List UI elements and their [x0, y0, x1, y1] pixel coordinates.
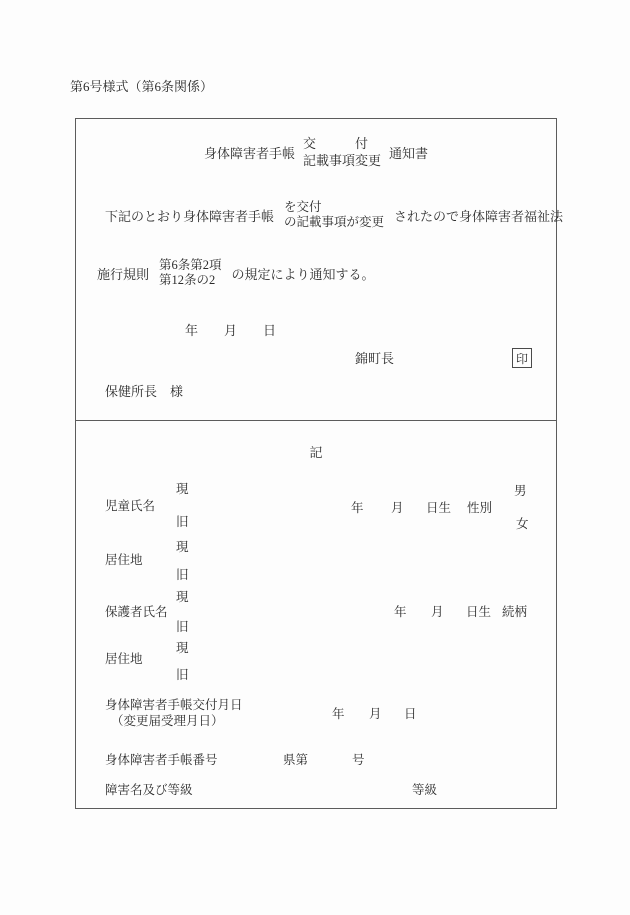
disability-label: 障害名及び等級: [105, 783, 193, 797]
current-marker: 現: [176, 482, 189, 496]
prefecture-number-prefix: 県第: [283, 753, 308, 767]
issue-date-label-line1: 身体障害者手帳交付月日: [105, 698, 243, 712]
document-page: 第6号様式（第6条関係） 身体障害者手帳 交 付 記載事項変更 通知書 下記のと…: [0, 0, 630, 915]
number-suffix: 号: [352, 753, 365, 767]
form-number-label: 第6号様式（第6条関係）: [70, 80, 213, 95]
body-line1-suffix: されたので身体障害者福祉法: [394, 206, 563, 225]
seal-stamp: 印: [516, 350, 528, 367]
relationship-label: 続柄: [502, 605, 527, 619]
birth-year-label: 年: [351, 501, 364, 515]
section-divider: [76, 420, 556, 421]
body-line2: 施行規則 第6条第2項 第12条の2 の規定により通知する。: [97, 258, 375, 288]
title-prefix: 身体障害者手帳: [204, 143, 295, 162]
former-marker: 旧: [176, 568, 189, 582]
residence-label: 居住地: [105, 652, 143, 666]
male-option: 男: [514, 484, 527, 498]
sex-label: 性別: [467, 501, 492, 515]
document-title: 身体障害者手帳 交 付 記載事項変更 通知書: [75, 136, 557, 170]
birth-year-label: 年: [394, 605, 407, 619]
letter-date-line: 年 月 日: [185, 324, 276, 339]
former-marker: 旧: [176, 515, 189, 529]
seal-box: 印: [512, 348, 532, 368]
residence-label: 居住地: [105, 553, 143, 567]
birth-month-label: 月: [391, 501, 404, 515]
former-marker: 旧: [176, 668, 189, 682]
issue-date-label-line2: （変更届受理月日）: [111, 714, 224, 728]
former-marker: 旧: [176, 620, 189, 634]
current-marker: 現: [176, 641, 189, 655]
body-line2-suffix: の規定により通知する。: [232, 264, 375, 283]
title-option-issue: 交 付: [303, 136, 381, 153]
birth-day-label: 日生: [466, 605, 491, 619]
title-option-change: 記載事項変更: [303, 153, 381, 170]
body-line1-option-issue: を交付: [284, 200, 384, 215]
issue-month-label: 月: [369, 707, 382, 721]
body-line1-option-change: の記載事項が変更: [284, 215, 384, 230]
body-line2-article-top: 第6条第2項: [159, 258, 222, 273]
grade-label: 等級: [412, 783, 437, 797]
female-option: 女: [516, 517, 529, 531]
certificate-number-label: 身体障害者手帳番号: [105, 753, 218, 767]
body-line2-article-bottom: 第12条の2: [159, 273, 222, 288]
current-marker: 現: [176, 590, 189, 604]
body-line1: 下記のとおり身体障害者手帳 を交付 の記載事項が変更 されたので身体障害者福祉法: [105, 200, 563, 230]
birth-day-label: 日生: [426, 501, 451, 515]
child-name-label: 児童氏名: [105, 499, 155, 513]
body-line1-prefix: 下記のとおり身体障害者手帳: [105, 206, 274, 225]
body-line2-article-stack: 第6条第2項 第12条の2: [159, 258, 222, 288]
body-line1-option-stack: を交付 の記載事項が変更: [284, 200, 384, 230]
birth-month-label: 月: [431, 605, 444, 619]
title-suffix: 通知書: [389, 143, 428, 162]
current-marker: 現: [176, 540, 189, 554]
title-option-stack: 交 付 記載事項変更: [303, 136, 381, 170]
guardian-name-label: 保護者氏名: [105, 605, 168, 619]
addressee-label: 保健所長 様: [105, 385, 183, 400]
body-line2-prefix: 施行規則: [97, 264, 149, 283]
mayor-name: 錦町長: [355, 352, 394, 367]
record-heading: 記: [75, 446, 557, 461]
issue-year-label: 年: [332, 707, 345, 721]
issue-day-label: 日: [404, 707, 417, 721]
